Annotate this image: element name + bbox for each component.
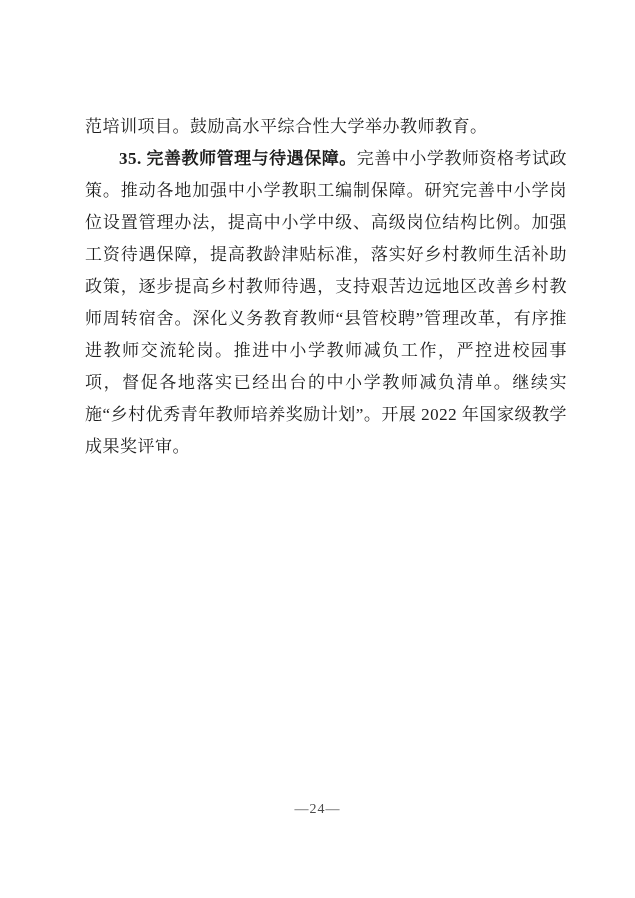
item-35-heading: 35. 完善教师管理与待遇保障。 [119,149,357,168]
page-footer: —24— [0,800,635,818]
page-number: —24— [295,802,341,817]
document-body: 范培训项目。鼓励高水平综合性大学举办教师教育。 35. 完善教师管理与待遇保障。… [85,111,567,463]
paragraph-item-35: 35. 完善教师管理与待遇保障。完善中小学教师资格考试政策。推动各地加强中小学教… [85,143,567,463]
document-page: 范培训项目。鼓励高水平综合性大学举办教师教育。 35. 完善教师管理与待遇保障。… [0,0,635,898]
item-35-body: 完善中小学教师资格考试政策。推动各地加强中小学教职工编制保障。研究完善中小学岗位… [85,149,567,456]
paragraph-continuation: 范培训项目。鼓励高水平综合性大学举办教师教育。 [85,111,567,143]
